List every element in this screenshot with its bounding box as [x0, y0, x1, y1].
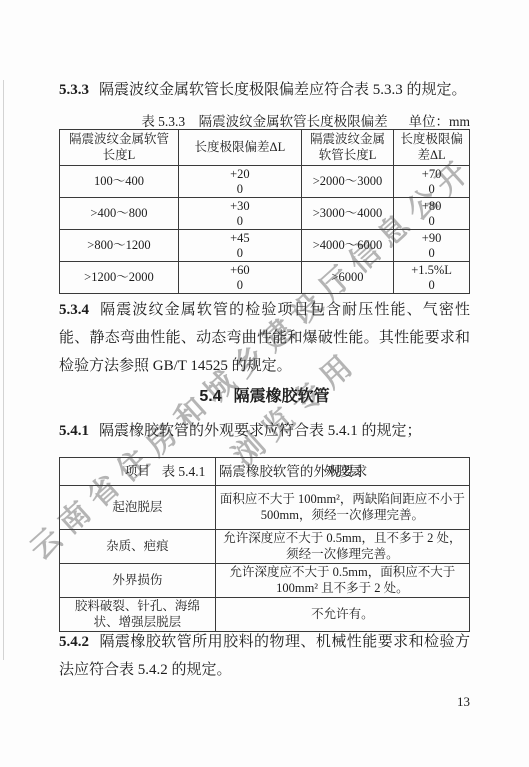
- column-header: 隔震波纹金属软管长度L: [301, 130, 393, 166]
- range-cell: >4000～6000: [301, 230, 393, 262]
- table-row: 起泡脱层 面积应不大于 100mm²，两缺陷间距应不小于 500mm，须经一次修…: [60, 486, 470, 530]
- column-header: 隔震波纹金属软管长度L: [60, 130, 179, 166]
- deviation-upper: +45: [182, 231, 298, 246]
- deviation-upper: +30: [182, 199, 298, 214]
- deviation-lower: 0: [397, 182, 466, 197]
- clause-number: 5.3.4: [59, 302, 89, 318]
- range-cell: >2000～3000: [301, 166, 393, 198]
- clause-text: 隔震橡胶软管的外观要求应符合表 5.4.1 的规定；: [99, 423, 422, 439]
- table-5-4-1-wrap: 项目 外胶层 起泡脱层 面积应不大于 100mm²，两缺陷间距应不小于 500m…: [59, 457, 470, 632]
- deviation-lower: 0: [182, 278, 298, 293]
- requirement-cell: 允许深度应不大于 0.5mm，面积应不大于 100mm² 且不多于 2 处。: [215, 564, 469, 598]
- clause-text: 隔震波纹金属软管长度极限偏差应符合表 5.3.3 的规定。: [99, 82, 467, 98]
- column-header: 项目: [60, 458, 216, 486]
- deviation-upper: +70: [397, 167, 466, 182]
- deviation-cell: +800: [394, 198, 470, 230]
- table-5-3-3: 隔震波纹金属软管长度L 长度极限偏差ΔL 隔震波纹金属软管长度L 长度极限偏差Δ…: [59, 129, 470, 294]
- table-5-4-1: 项目 外胶层 起泡脱层 面积应不大于 100mm²，两缺陷间距应不小于 500m…: [59, 457, 470, 632]
- range-cell: >6000: [301, 262, 393, 294]
- deviation-cell: +300: [178, 198, 301, 230]
- clause-5-4-1: 5.4.1隔震橡胶软管的外观要求应符合表 5.4.1 的规定；: [59, 417, 470, 445]
- deviation-cell: +200: [178, 166, 301, 198]
- clause-number: 5.3.3: [59, 82, 89, 98]
- unit-label: 单位：mm: [408, 110, 470, 130]
- deviation-cell: +600: [178, 262, 301, 294]
- deviation-lower: 0: [397, 246, 466, 261]
- deviation-cell: +900: [394, 230, 470, 262]
- requirement-cell: 允许深度应不大于 0.5mm，且不多于 2 处，须经一次修理完善。: [215, 530, 469, 564]
- table-row: >800～1200 +450 >4000～6000 +900: [60, 230, 470, 262]
- clause-5-3-3: 5.3.3隔震波纹金属软管长度极限偏差应符合表 5.3.3 的规定。: [59, 76, 470, 104]
- clause-text: 隔震橡胶软管所用胶料的物理、机械性能要求和检验方法应符合表 5.4.2 的规定。: [59, 634, 470, 678]
- deviation-upper: +1.5%L: [397, 263, 466, 278]
- range-cell: >400～800: [60, 198, 179, 230]
- clause-5-4-2: 5.4.2隔震橡胶软管所用胶料的物理、机械性能要求和检验方法应符合表 5.4.2…: [59, 628, 470, 684]
- range-cell: >3000～4000: [301, 198, 393, 230]
- clause-5-3-4: 5.3.4隔震波纹金属软管的检验项目包含耐压性能、气密性能、静态弯曲性能、动态弯…: [59, 296, 470, 380]
- table-row: 外界损伤 允许深度应不大于 0.5mm，面积应不大于 100mm² 且不多于 2…: [60, 564, 470, 598]
- page-number: 13: [59, 694, 470, 710]
- deviation-cell: +1.5%L0: [394, 262, 470, 294]
- item-cell: 起泡脱层: [60, 486, 216, 530]
- deviation-cell: +450: [178, 230, 301, 262]
- item-cell: 胶料破裂、针孔、海绵状、增强层脱层: [60, 598, 216, 632]
- deviation-cell: +700: [394, 166, 470, 198]
- clause-text: 隔震波纹金属软管的检验项目包含耐压性能、气密性能、静态弯曲性能、动态弯曲性能和爆…: [59, 302, 470, 374]
- column-header: 长度极限偏差ΔL: [178, 130, 301, 166]
- table-row: 杂质、疤痕 允许深度应不大于 0.5mm，且不多于 2 处，须经一次修理完善。: [60, 530, 470, 564]
- range-cell: >1200～2000: [60, 262, 179, 294]
- column-header: 长度极限偏差ΔL: [394, 130, 470, 166]
- clause-number: 5.4.1: [59, 423, 89, 439]
- item-cell: 外界损伤: [60, 564, 216, 598]
- table-row: >400～800 +300 >3000～4000 +800: [60, 198, 470, 230]
- table-row: >1200～2000 +600 >6000 +1.5%L0: [60, 262, 470, 294]
- deviation-upper: +90: [397, 231, 466, 246]
- deviation-upper: +80: [397, 199, 466, 214]
- table-5-3-3-caption-row: 表 5.3.3 隔震波纹金属软管长度极限偏差 单位：mm: [59, 110, 470, 127]
- scan-edge-line: [3, 80, 4, 660]
- table-5-3-3-wrap: 隔震波纹金属软管长度L 长度极限偏差ΔL 隔震波纹金属软管长度L 长度极限偏差Δ…: [59, 129, 470, 294]
- deviation-lower: 0: [397, 214, 466, 229]
- heading-title: 隔震橡胶软管: [234, 388, 330, 405]
- deviation-upper: +60: [182, 263, 298, 278]
- section-heading-5-4: 5.4隔震橡胶软管: [59, 383, 470, 406]
- table-row: 100～400 +200 >2000～3000 +700: [60, 166, 470, 198]
- deviation-lower: 0: [182, 182, 298, 197]
- document-page: 云南省住房和城乡建设厅信息公开 浏览专用 5.3.3隔震波纹金属软管长度极限偏差…: [0, 0, 529, 767]
- table-row: 胶料破裂、针孔、海绵状、增强层脱层 不允许有。: [60, 598, 470, 632]
- range-cell: >800～1200: [60, 230, 179, 262]
- deviation-upper: +20: [182, 167, 298, 182]
- heading-number: 5.4: [199, 388, 221, 405]
- requirement-cell: 不允许有。: [215, 598, 469, 632]
- requirement-cell: 面积应不大于 100mm²，两缺陷间距应不小于 500mm，须经一次修理完善。: [215, 486, 469, 530]
- deviation-lower: 0: [182, 214, 298, 229]
- range-cell: 100～400: [60, 166, 179, 198]
- deviation-lower: 0: [397, 278, 466, 293]
- item-cell: 杂质、疤痕: [60, 530, 216, 564]
- deviation-lower: 0: [182, 246, 298, 261]
- clause-number: 5.4.2: [59, 634, 89, 650]
- column-header: 外胶层: [215, 458, 469, 486]
